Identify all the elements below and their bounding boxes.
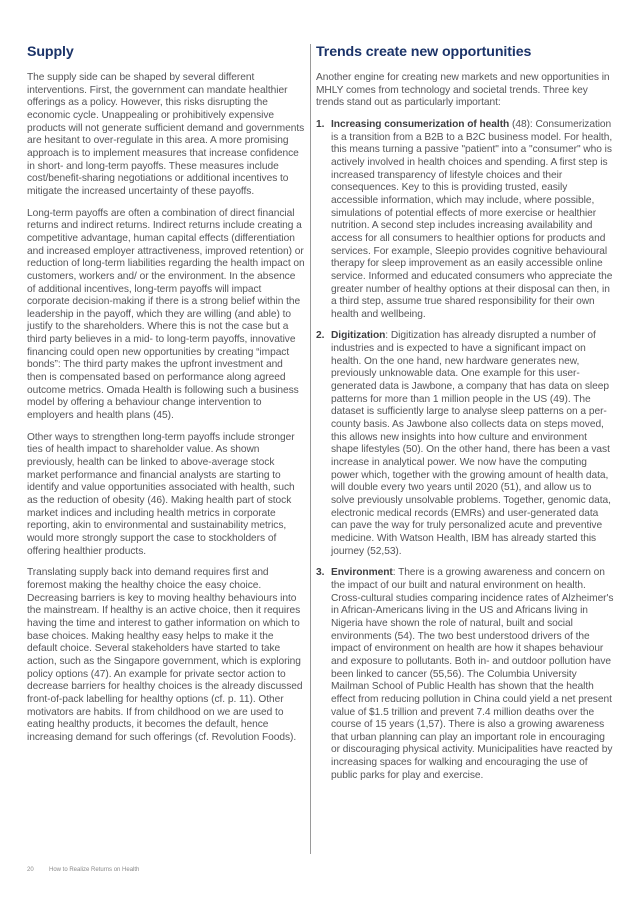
- list-item-text: : Digitization has already disrupted a n…: [331, 330, 611, 556]
- section-heading-supply: Supply: [27, 44, 305, 61]
- list-item-text: : There is a growing awareness and conce…: [331, 567, 613, 781]
- left-column: Supply The supply side can be shaped by …: [27, 44, 305, 753]
- paragraph: Other ways to strengthen long-term payof…: [27, 432, 305, 559]
- list-number: 1.: [316, 119, 324, 132]
- list-item: 1.Increasing consumerization of health (…: [316, 119, 616, 322]
- paragraph: The supply side can be shaped by several…: [27, 72, 305, 199]
- intro-paragraph: Another engine for creating new markets …: [316, 72, 616, 110]
- trends-list: 1.Increasing consumerization of health (…: [316, 119, 616, 782]
- document-title: How to Realize Returns on Health: [49, 867, 139, 873]
- list-number: 3.: [316, 567, 324, 580]
- list-item-title: Environment: [331, 567, 393, 578]
- section-heading-trends: Trends create new opportunities: [316, 44, 616, 61]
- page-footer: 20How to Realize Returns on Health: [27, 867, 139, 873]
- list-item-text: (48): Consumerization is a transition fr…: [331, 119, 612, 320]
- page-number: 20: [27, 867, 49, 873]
- paragraph: Translating supply back into demand requ…: [27, 567, 305, 744]
- list-item: 3.Environment: There is a growing awaren…: [316, 567, 616, 782]
- list-item-title: Increasing consumerization of health: [331, 119, 509, 130]
- list-number: 2.: [316, 330, 324, 343]
- column-divider: [310, 44, 311, 854]
- list-item-title: Digitization: [331, 330, 385, 341]
- list-item: 2.Digitization: Digitization has already…: [316, 330, 616, 558]
- paragraph: Long-term payoffs are often a combinatio…: [27, 208, 305, 423]
- right-column: Trends create new opportunities Another …: [316, 44, 616, 791]
